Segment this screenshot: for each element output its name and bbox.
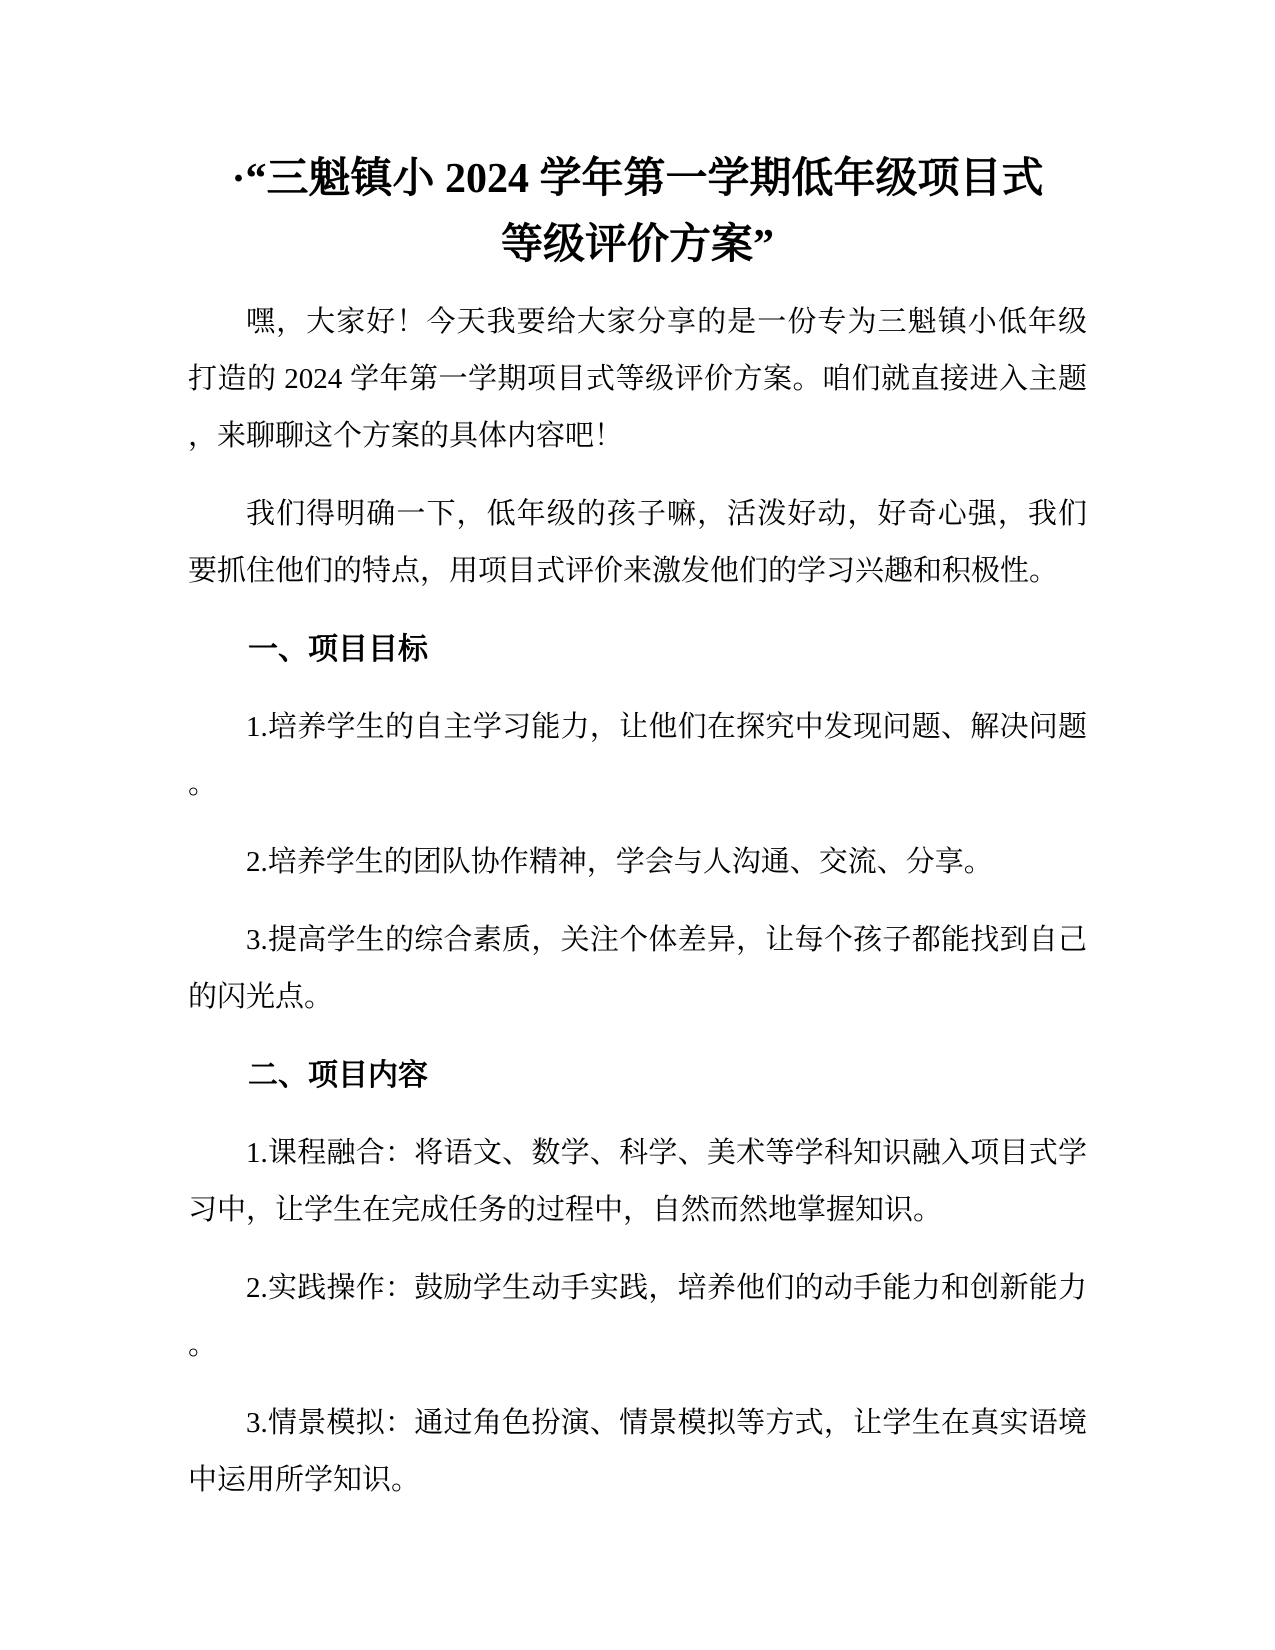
- text-line: 中运用所学知识。: [188, 1452, 1087, 1509]
- section-heading-project-content: 二、项目内容: [188, 1047, 1087, 1104]
- paragraph: 1.课程融合：将语文、数学、科学、美术等学科知识融入项目式学 习中，让学生在完成…: [188, 1125, 1087, 1239]
- paragraph: 1.培养学生的自主学习能力，让他们在探究中发现问题、解决问题 。: [188, 699, 1087, 813]
- text-line: 1.课程融合：将语文、数学、科学、美术等学科知识融入项目式学: [188, 1125, 1087, 1182]
- text-line: 3.提高学生的综合素质，关注个体差异，让每个孩子都能找到自己: [188, 912, 1087, 969]
- text-line: 2.培养学生的团队协作精神，学会与人沟通、交流、分享。: [188, 834, 1087, 891]
- paragraph: 嘿，大家好！今天我要给大家分享的是一份专为三魁镇小低年级 打造的 2024 学年…: [188, 294, 1087, 465]
- document-title: ·“三魁镇小 2024 学年第一学期低年级项目式 等级评价方案”: [188, 146, 1087, 278]
- text-line: ，来聊聊这个方案的具体内容吧！: [188, 408, 1087, 465]
- paragraph: 3.提高学生的综合素质，关注个体差异，让每个孩子都能找到自己 的闪光点。: [188, 912, 1087, 1026]
- section-heading-project-goals: 一、项目目标: [188, 621, 1087, 678]
- text-line: 2.实践操作：鼓励学生动手实践，培养他们的动手能力和创新能力: [188, 1260, 1087, 1317]
- text-line: 打造的 2024 学年第一学期项目式等级评价方案。咱们就直接进入主题: [188, 351, 1087, 408]
- paragraph: 2.实践操作：鼓励学生动手实践，培养他们的动手能力和创新能力 。: [188, 1260, 1087, 1374]
- document-page: ·“三魁镇小 2024 学年第一学期低年级项目式 等级评价方案” 嘿，大家好！今…: [0, 0, 1275, 1650]
- text-line: 要抓住他们的特点，用项目式评价来激发他们的学习兴趣和积极性。: [188, 543, 1087, 600]
- paragraph: 我们得明确一下，低年级的孩子嘛，活泼好动，好奇心强，我们 要抓住他们的特点，用项…: [188, 486, 1087, 600]
- paragraph: 3.情景模拟：通过角色扮演、情景模拟等方式，让学生在真实语境 中运用所学知识。: [188, 1395, 1087, 1509]
- text-line: 。: [188, 1317, 1087, 1374]
- heading-text: 二、项目内容: [188, 1047, 1087, 1104]
- text-line: 1.培养学生的自主学习能力，让他们在探究中发现问题、解决问题: [188, 699, 1087, 756]
- heading-text: 一、项目目标: [188, 621, 1087, 678]
- title-line: 等级评价方案”: [188, 212, 1087, 278]
- text-line: 3.情景模拟：通过角色扮演、情景模拟等方式，让学生在真实语境: [188, 1395, 1087, 1452]
- title-line: ·“三魁镇小 2024 学年第一学期低年级项目式: [188, 146, 1087, 212]
- paragraph: 2.培养学生的团队协作精神，学会与人沟通、交流、分享。: [188, 834, 1087, 891]
- text-line: 嘿，大家好！今天我要给大家分享的是一份专为三魁镇小低年级: [188, 294, 1087, 351]
- text-line: 。: [188, 756, 1087, 813]
- text-line: 我们得明确一下，低年级的孩子嘛，活泼好动，好奇心强，我们: [188, 486, 1087, 543]
- text-line: 的闪光点。: [188, 969, 1087, 1026]
- text-line: 习中，让学生在完成任务的过程中，自然而然地掌握知识。: [188, 1182, 1087, 1239]
